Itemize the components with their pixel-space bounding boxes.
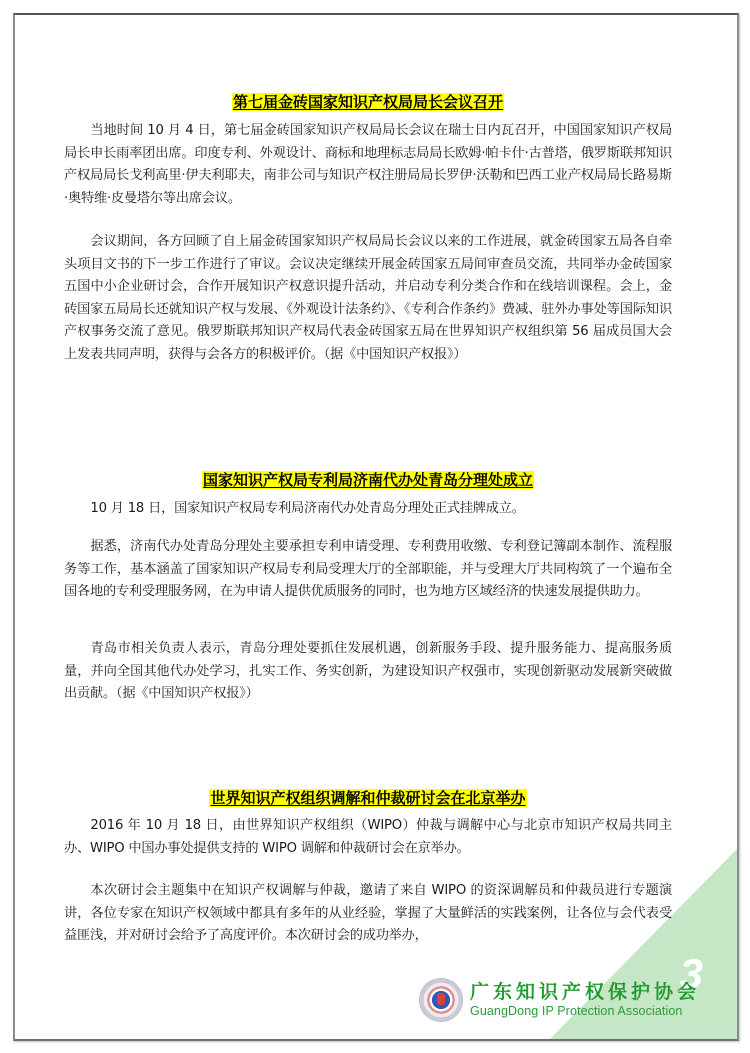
article-1-paragraph-2: 会议期间，各方回顾了自上届金砖国家知识产权局局长会议以来的工作进展，就金砖国家五…: [64, 231, 672, 366]
article-3-title: 世界知识产权组织调解和仲裁研讨会在北京举办: [64, 788, 672, 808]
document-page: 第七届金砖国家知识产权局局长会议召开 当地时间 10 月 4 日，第七届金砖国家…: [13, 13, 739, 1041]
article-1-title: 第七届金砖国家知识产权局局长会议召开: [64, 92, 672, 112]
logo-text: 广东知识产权保护协会 GuangDong IP Protection Assoc…: [470, 981, 700, 1019]
article-2-paragraph-2: 据悉，济南代办处青岛分理处主要承担专利申请受理、专利费用收缴、专利登记簿副本制作…: [64, 536, 672, 604]
association-emblem-icon: [420, 979, 462, 1021]
org-name-chinese: 广东知识产权保护协会: [470, 981, 700, 1003]
article-2-title: 国家知识产权局专利局济南代办处青岛分理处成立: [64, 470, 672, 490]
article-3-paragraph-1: 2016 年 10 月 18 日，由世界知识产权组织（WIPO）仲裁与调解中心与…: [64, 815, 672, 860]
org-name-english: GuangDong IP Protection Association: [470, 1003, 700, 1019]
footer-logo: 广东知识产权保护协会 GuangDong IP Protection Assoc…: [420, 979, 700, 1021]
article-2-paragraph-3: 青岛市相关负责人表示，青岛分理处要抓住发展机遇，创新服务手段、提升服务能力、提高…: [64, 638, 672, 706]
article-1-paragraph-1: 当地时间 10 月 4 日，第七届金砖国家知识产权局局长会议在瑞士日内瓦召开，中…: [64, 120, 672, 210]
article-2-paragraph-1: 10 月 18 日，国家知识产权局专利局济南代办处青岛分理处正式挂牌成立。: [64, 498, 672, 521]
article-3-paragraph-2: 本次研讨会主题集中在知识产权调解与仲裁，邀请了来自 WIPO 的资深调解员和仲裁…: [64, 880, 672, 948]
